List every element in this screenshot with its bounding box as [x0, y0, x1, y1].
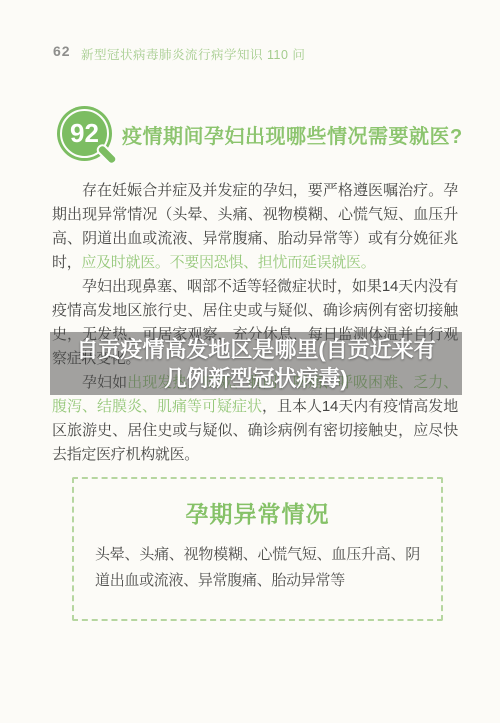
pregnancy-warning-box: 孕期异常情况 头晕、头痛、视物模糊、心慌气短、血压升高、阴道出血或流液、异常腹痛… [72, 477, 443, 621]
caption-overlay-band: 自贡疫情高发地区是哪里(自贡近来有 几例新型冠状病毒) [50, 332, 462, 395]
question-number-badge: 92 [57, 106, 112, 161]
warning-box-title: 孕期异常情况 [74, 496, 441, 529]
question-number: 92 [57, 106, 112, 161]
answer-text: 存在妊娠合并症及并发症的孕妇，要严格遵医嘱治疗。孕期出现异常情况（头晕、头痛、视… [52, 179, 458, 467]
page-number: 62 [53, 43, 71, 59]
paragraph-1-highlight: 应及时就医。不要因恐惧、担忧而延误就医。 [81, 254, 375, 271]
question-title: 疫情期间孕妇出现哪些情况需要就医? [122, 120, 472, 149]
warning-box-body: 头晕、头痛、视物模糊、心慌气短、血压升高、阴道出血或流液、异常腹痛、胎动异常等 [95, 542, 420, 594]
paragraph-1: 存在妊娠合并症及并发症的孕妇，要严格遵医嘱治疗。孕期出现异常情况（头晕、头痛、视… [52, 179, 458, 275]
caption-line-2: 几例新型冠状病毒) [164, 364, 347, 393]
book-title: 新型冠状病毒肺炎流行病学知识 110 问 [81, 45, 305, 63]
caption-line-1: 自贡疫情高发地区是哪里(自贡近来有 [76, 335, 435, 364]
book-page: 62 新型冠状病毒肺炎流行病学知识 110 问 92 疫情期间孕妇出现哪些情况需… [0, 0, 500, 723]
